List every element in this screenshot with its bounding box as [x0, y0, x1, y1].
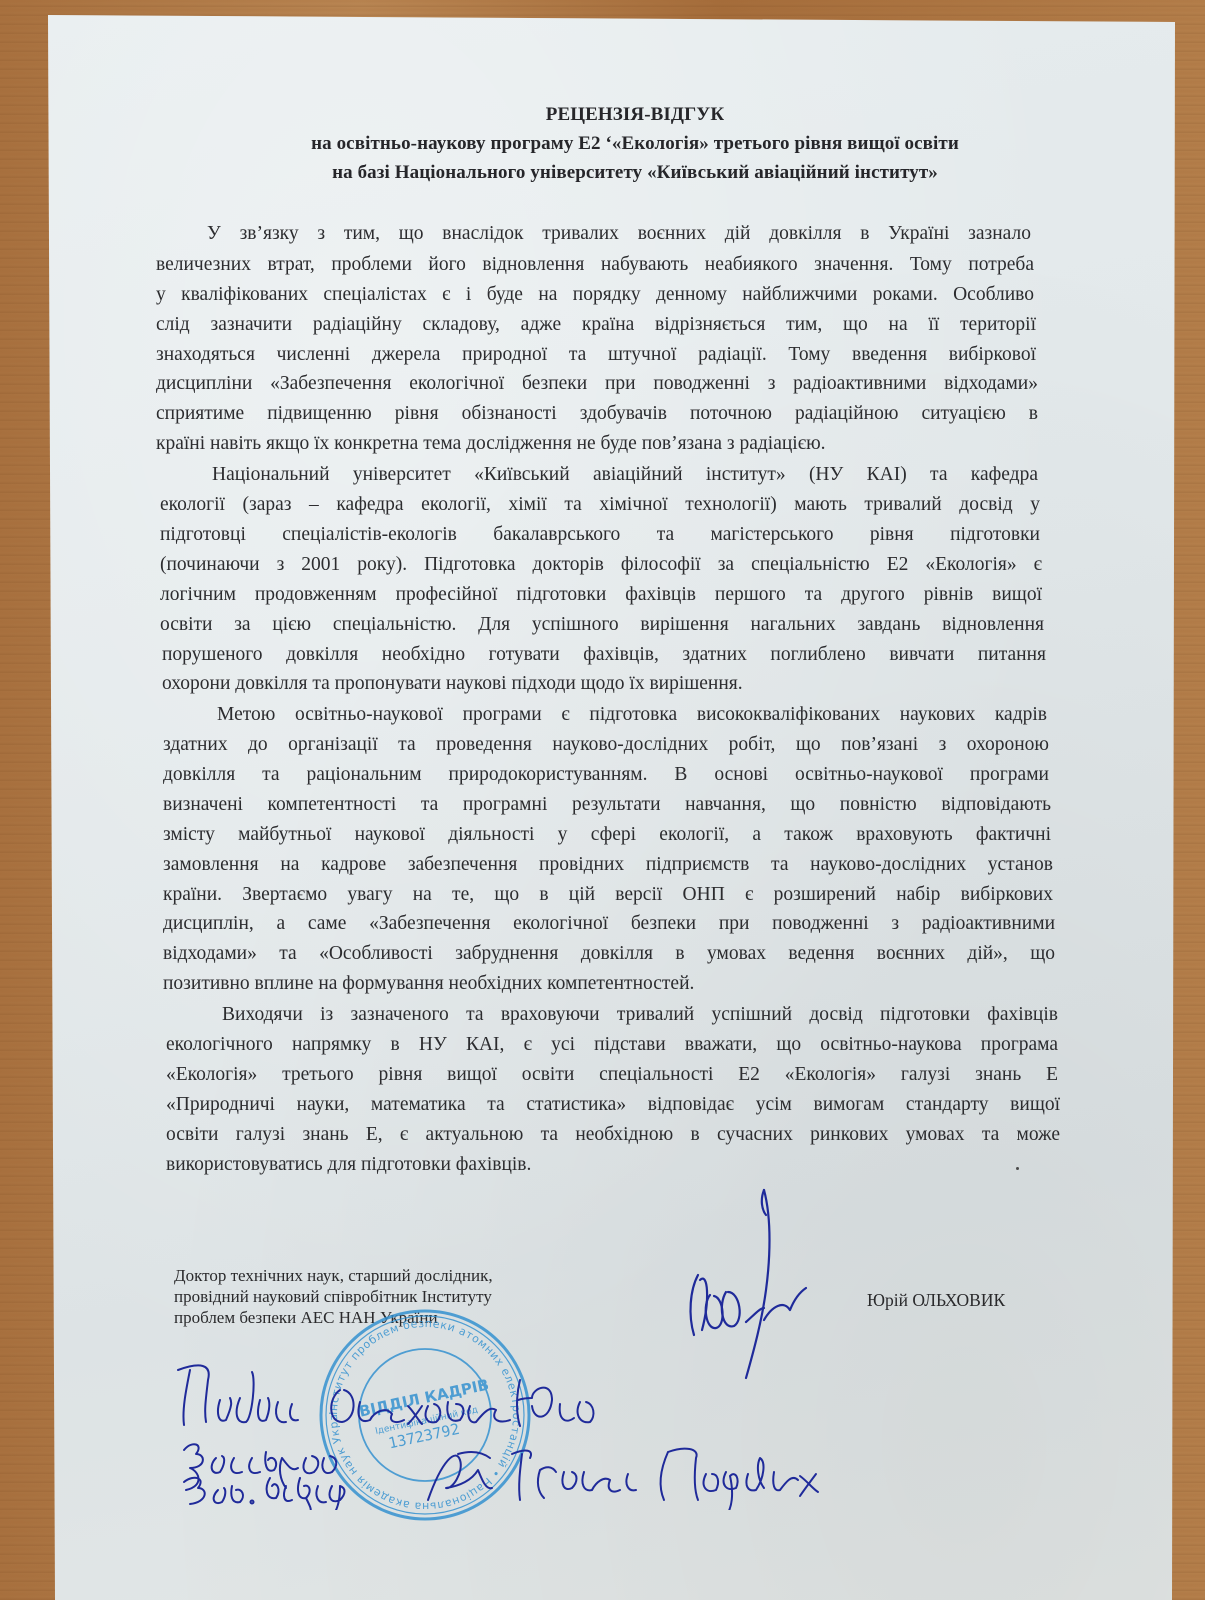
- paragraph-line: здатних до організації та проведення нау…: [163, 733, 1049, 757]
- paragraph-line: країни. Звертаємо увагу на те, що в цій …: [163, 883, 1053, 907]
- paragraph-line: екологічного напрямку в НУ КАІ, є усі пі…: [166, 1033, 1058, 1057]
- paragraph-line: дисципліни «Забезпечення екологічної без…: [156, 372, 1038, 396]
- paragraph-line: «Природничі науки, математика та статист…: [166, 1093, 1060, 1117]
- paragraph-line: Національний університет «Київський авіа…: [212, 463, 1038, 487]
- signatory-position-line-2: провідний науковий співробітник Інститут…: [174, 1286, 492, 1307]
- paragraph-line: змісту майбутньої наукової діяльності у …: [163, 823, 1051, 847]
- paragraph-line: країні навіть якщо їх конкретна тема дос…: [156, 432, 1038, 456]
- paragraph-line: у кваліфікованих спеціалістах є і буде н…: [156, 283, 1034, 307]
- document-subtitle-line-2: на базі Національного університету «Київ…: [230, 162, 1040, 184]
- signatory-position-line-1: Доктор технічних наук, старший дослідник…: [174, 1265, 493, 1286]
- paragraph-line: величезних втрат, проблеми його відновле…: [156, 253, 1034, 277]
- paragraph-line: позитивно вплине на формування необхідни…: [163, 972, 1055, 996]
- paragraph-line: підготовці спеціалістів-екологів бакалав…: [160, 523, 1040, 547]
- paragraph-line: освіти за цією спеціальністю. Для успішн…: [160, 613, 1044, 637]
- paragraph-line: У зв’язку з тим, що внаслідок тривалих в…: [207, 222, 1031, 246]
- paragraph-line: Виходячи із зазначеного та враховуючи тр…: [222, 1003, 1058, 1027]
- paragraph-line: (починаючи з 2001 року). Підготовка докт…: [160, 553, 1042, 577]
- paragraph-line: екології (зараз – кафедра екології, хімі…: [160, 493, 1040, 517]
- handwritten-certification: [160, 1340, 820, 1510]
- paragraph-line: сприятиме підвищенню рівня обізнаності з…: [156, 402, 1038, 426]
- document-page: РЕЦЕНЗІЯ-ВІДГУК на освітньо-наукову прог…: [0, 0, 1205, 1600]
- paragraph-line: охорони довкілля та пропонувати наукові …: [162, 672, 1046, 696]
- document-subtitle-line-1: на освітньо-наукову програму Е2 ‘«Еколог…: [230, 133, 1040, 155]
- paragraph-line: використовуватись для підготовки фахівці…: [166, 1153, 1060, 1177]
- ink-dot: [1016, 1167, 1019, 1170]
- document-title: РЕЦЕНЗІЯ-ВІДГУК: [250, 104, 1020, 126]
- paragraph-line: освіти галузі знань Е, є актуальною та н…: [166, 1123, 1060, 1147]
- paragraph-line: знаходяться численні джерела природної т…: [156, 343, 1036, 367]
- paragraph-line: визначені компетентності та програмні ре…: [163, 793, 1051, 817]
- paragraph-line: Метою освітньо-наукової програми є підго…: [217, 703, 1047, 727]
- paragraph-line: «Екологія» третього рівня вищої освіти с…: [166, 1063, 1058, 1087]
- paragraph-line: порушеного довкілля необхідно готувати ф…: [162, 643, 1046, 667]
- paragraph-line: логічним продовженням професійної підгот…: [160, 583, 1042, 607]
- paragraph-line: відходами» та «Особливості забруднення д…: [163, 942, 1055, 966]
- paragraph-line: слід зазначити радіаційну складову, адже…: [156, 313, 1036, 337]
- paragraph-line: довкілля та раціональним природокористув…: [163, 763, 1049, 787]
- paragraph-line: замовлення на кадрове забезпечення прові…: [163, 853, 1053, 877]
- paragraph-line: дисциплін, а саме «Забезпечення екологіч…: [163, 912, 1055, 936]
- signatory-name: Юрій ОЛЬХОВИК: [867, 1290, 1005, 1311]
